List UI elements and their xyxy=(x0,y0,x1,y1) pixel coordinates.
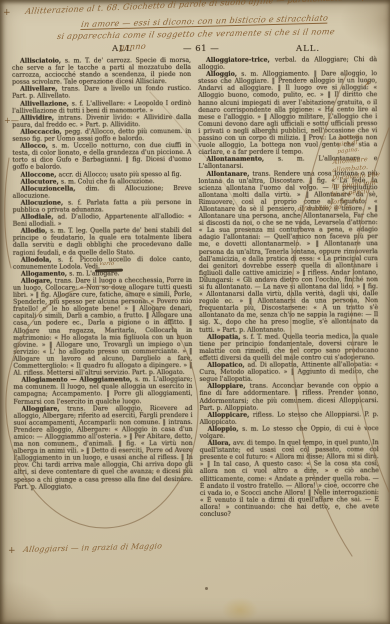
headword: Alloccaccio, xyxy=(20,129,64,136)
dictionary-entry: Allocuzione, s. f. Parlata fatta a più p… xyxy=(13,199,192,214)
headword: Allodola, xyxy=(21,256,58,263)
dictionary-entry: Allisciatoio, s. m. T. de' carrozz. Spec… xyxy=(12,57,191,86)
handwritten-margin-note: Allombare allombato. Di cavallo che ha b… xyxy=(330,154,381,207)
left-margin-arc xyxy=(5,158,11,268)
headword: Allocuzione, xyxy=(21,199,68,206)
headword: Allogiamento — Alloggiamento, xyxy=(21,376,134,383)
plus-mark-margin: +— xyxy=(4,116,19,125)
handwritten-margin-note: sotto il giro di pagina. xyxy=(337,134,360,156)
headword: Allontanare, xyxy=(206,170,252,177)
dictionary-entry: Allividire, intrans. Divenir livido: « A… xyxy=(12,114,191,129)
headword: Allopatico, xyxy=(207,362,247,369)
headword: Alloppiare, xyxy=(207,383,249,390)
handwritten-annotation: ganno xyxy=(119,41,147,52)
check-mark: ✗ xyxy=(364,80,370,88)
ink-speck xyxy=(205,587,208,590)
plus-mark-top: + xyxy=(3,8,11,18)
headword: Allodio, xyxy=(21,228,50,235)
headword: Allividire, xyxy=(20,114,58,121)
scanned-dictionary-page: ALL — 61 — ALL. Allisciatoio, s. m. T. d… xyxy=(0,0,390,624)
running-header: ALL — 61 — ALL. xyxy=(0,44,390,56)
dictionary-entry: Allodio, s. m. T. leg. Quella parte de' … xyxy=(13,227,192,256)
header-right: ALL. xyxy=(296,44,320,54)
dictionary-entry: Allocuzioncella, dim. di Allocuzione; Br… xyxy=(13,185,192,200)
headword: Alloccone, xyxy=(20,171,58,178)
headword: Alloggiare, xyxy=(22,405,68,412)
dictionary-entry: Alloppiare, trans. Acconciar bevande con… xyxy=(199,383,378,412)
headword: Alloppio, xyxy=(208,426,243,433)
headword: Allivellare, xyxy=(20,86,62,93)
dictionary-entry: Allivellazione, s. f. L'allivellare: « L… xyxy=(12,100,191,115)
dictionary-entry: Allocco, s. m. Uccello notturno, con due… xyxy=(12,142,191,171)
handwritten-correction: vario xyxy=(99,261,115,267)
dictionary-entry: Alloppio, s. m. Lo stesso che Oppio, di … xyxy=(200,425,379,440)
headword: Alloggio, xyxy=(206,71,241,78)
dictionary-entry: Allora, avv. di tempo. In quel tempo, in… xyxy=(200,439,379,518)
dictionary-entry: Allodiale, ad. D'allodio, Appartenente a… xyxy=(13,213,192,228)
headword: Allocco, xyxy=(20,143,52,150)
headword: Allocutore, xyxy=(21,178,61,185)
dictionary-entry: Alloccone, accr. di Allocco; usato più s… xyxy=(12,171,191,179)
left-column: Allisciatoio, s. m. T. de' carrozz. Spec… xyxy=(12,57,193,519)
right-column: Alloggiatore-trice, verbal. da Alloggiar… xyxy=(198,56,379,518)
headword: Alloggiatore-trice, xyxy=(206,57,275,64)
headword: Allontanamento, xyxy=(206,156,278,163)
dictionary-entry: Alloppicare, rifless. Lo stesso che Allo… xyxy=(200,411,379,426)
plus-mark-bottom: + xyxy=(8,546,16,556)
headword: Allisciatoio, xyxy=(20,58,65,65)
headword: Allodiale, xyxy=(21,214,58,221)
headword: Allopatia, xyxy=(207,333,243,340)
headword: Allivellazione, xyxy=(20,100,72,107)
handwritten-bottom-note: Alloggiarsi — in grazia di Maggio xyxy=(23,541,163,554)
dictionary-entry: Allogare, trans. Dare il luogo a checche… xyxy=(13,277,192,377)
headword: Alloppicare, xyxy=(208,411,253,418)
headword: Allocuzioncella, xyxy=(21,185,86,192)
page-number: — 61 — xyxy=(183,44,219,54)
dictionary-entry: Allogiamento — Alloggiamento, s. m. L'al… xyxy=(13,376,192,405)
dictionary-entry: Allopatico, ad. Di allopatia, Attinente … xyxy=(199,361,378,383)
dictionary-entry: Alloccaccio, pegg. d'Allocco, detto più … xyxy=(12,128,191,143)
text-columns: Allisciatoio, s. m. T. de' carrozz. Spec… xyxy=(12,56,379,519)
dictionary-entry: Alloggiatore-trice, verbal. da Alloggiar… xyxy=(198,56,377,71)
dictionary-entry: Allopatia, s. f. T. med. Quella teoria m… xyxy=(199,333,378,362)
dictionary-entry: Allivellare, trans. Dare a livello un fo… xyxy=(12,85,191,100)
headword: Allogamento, xyxy=(21,270,69,277)
headword: Allogare, xyxy=(21,278,55,285)
dictionary-entry: Alloggiare, trans. Dare alloggio, Riceve… xyxy=(14,405,193,491)
headword: Allora, xyxy=(208,440,233,447)
